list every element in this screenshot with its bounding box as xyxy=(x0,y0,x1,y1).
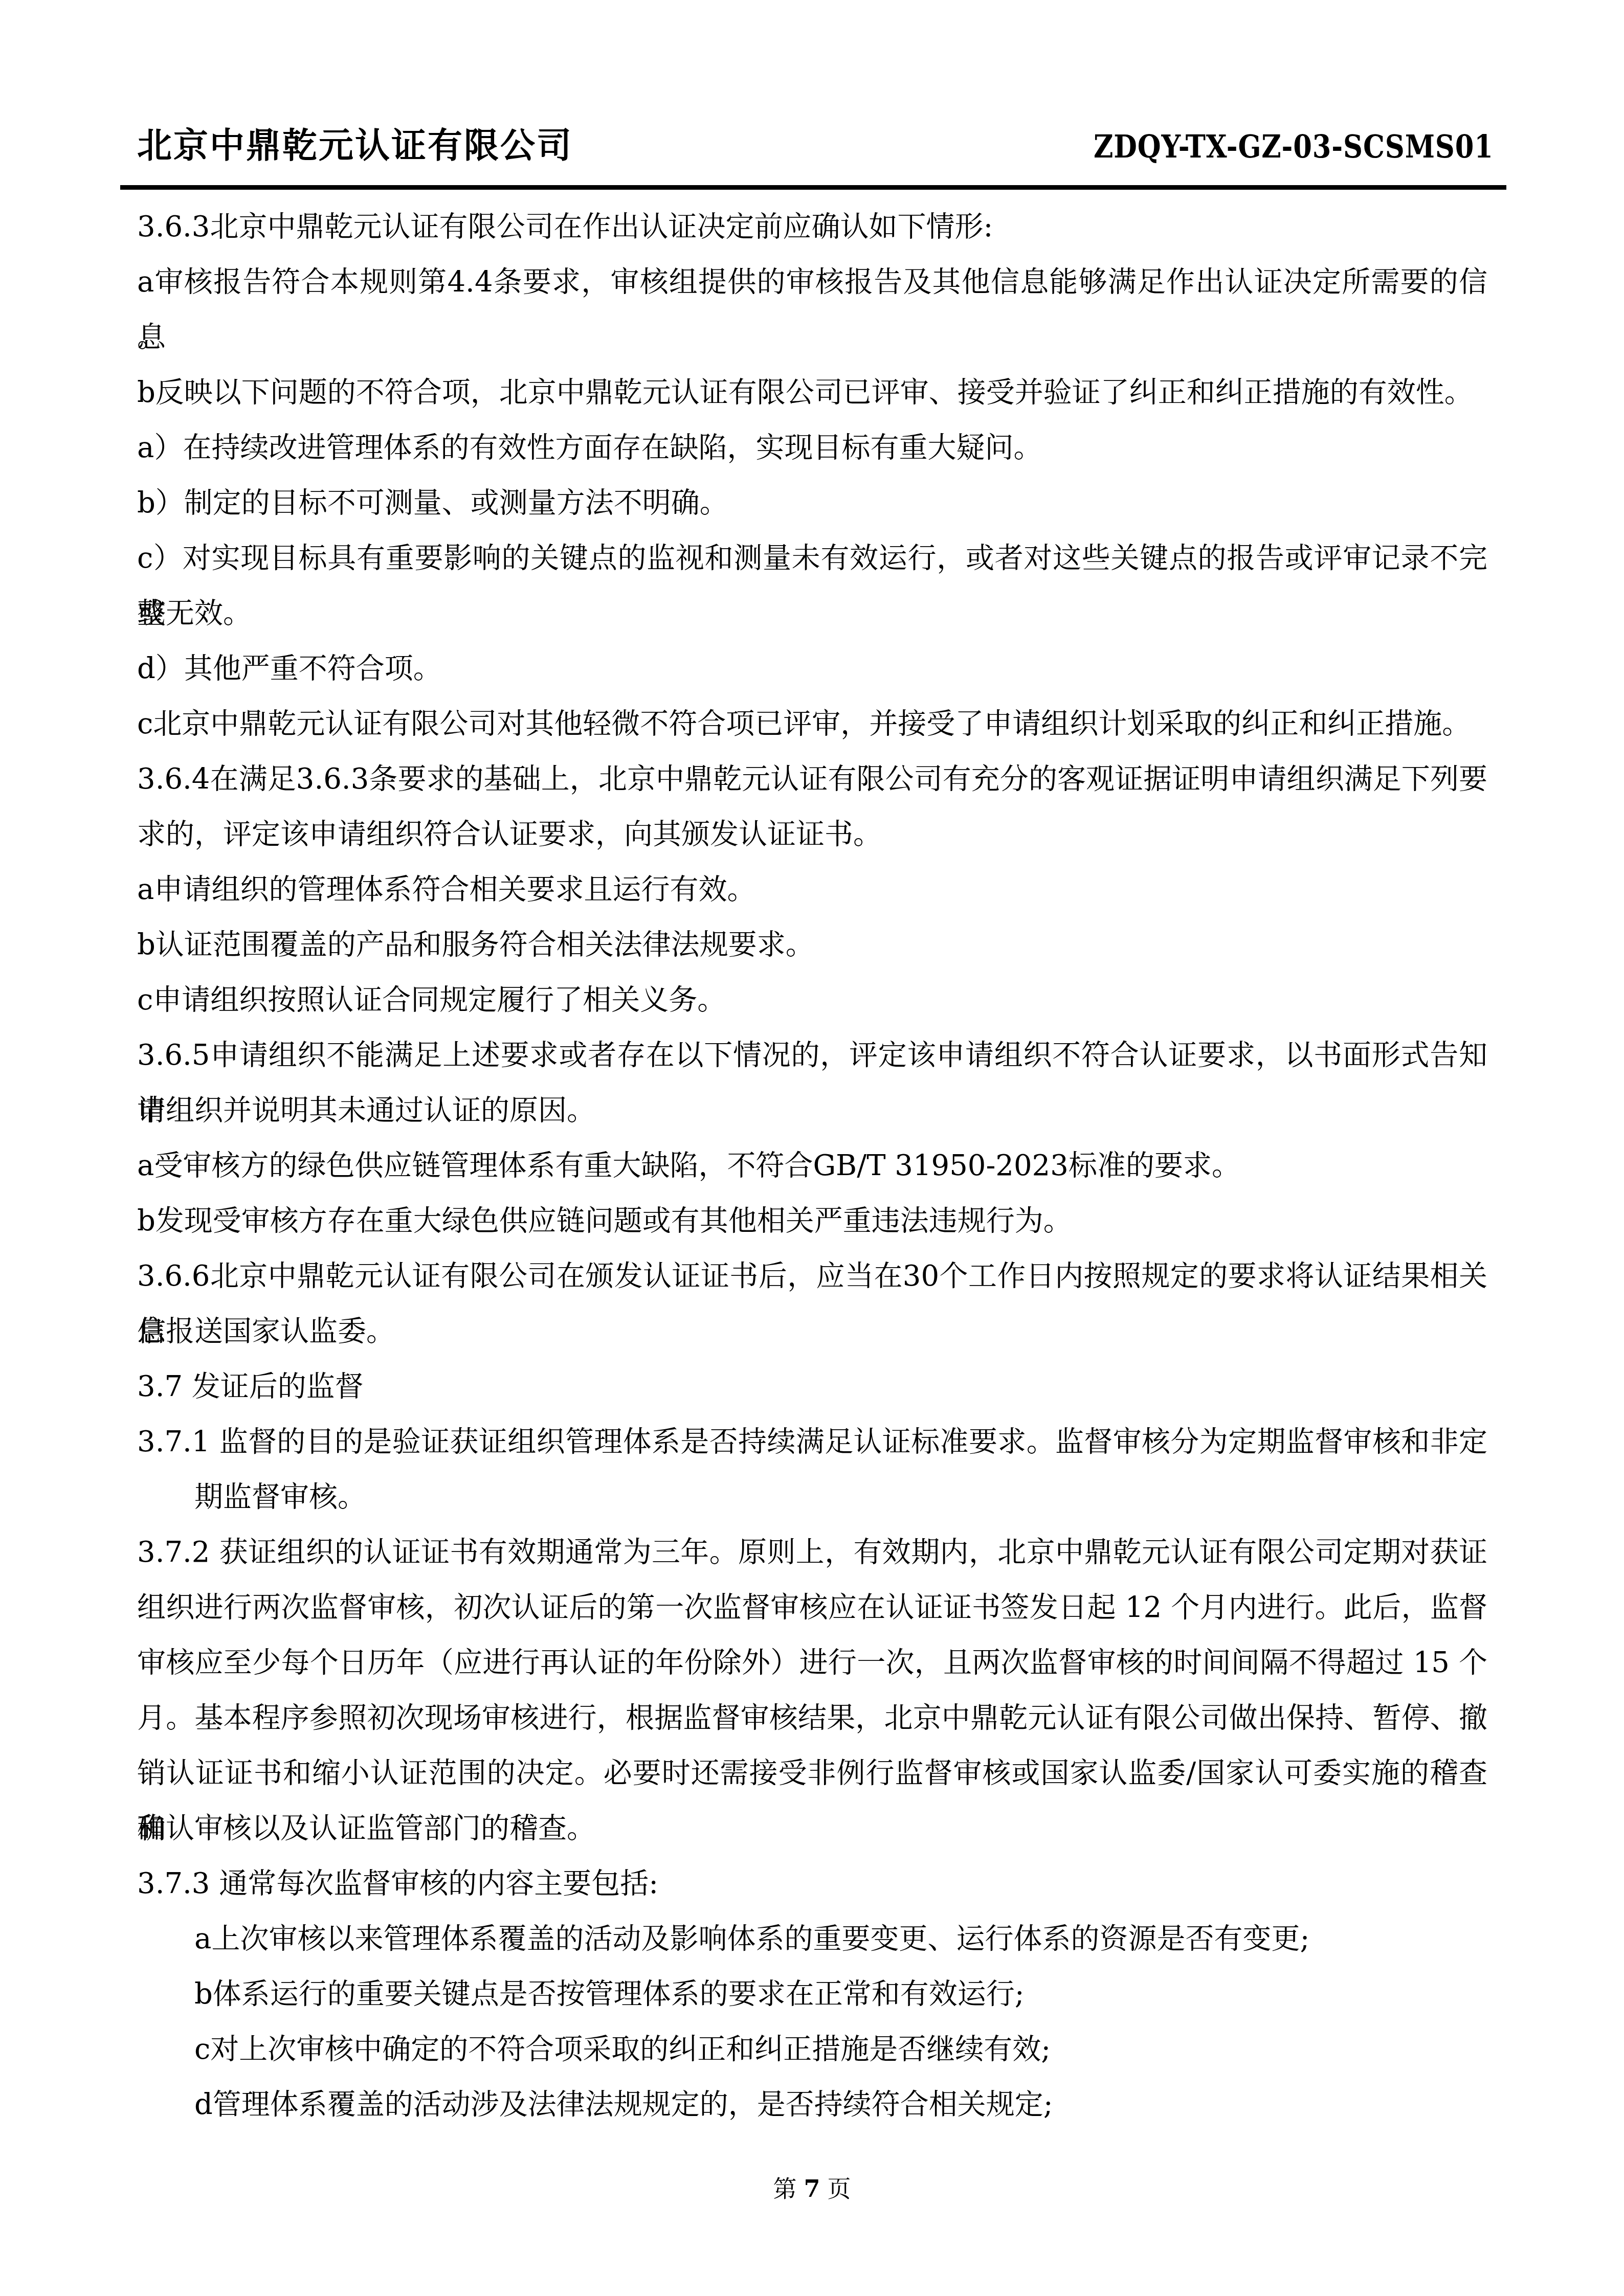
document-line: c对上次审核中确定的不符合项采取的纠正和纠正措施是否继续有效; xyxy=(137,2022,1487,2077)
document-line: b反映以下问题的不符合项，北京中鼎乾元认证有限公司已评审、接受并验证了纠正和纠正… xyxy=(137,365,1487,420)
header-divider xyxy=(120,185,1506,190)
document-line: a申请组织的管理体系符合相关要求且运行有效。 xyxy=(137,862,1487,917)
document-line: 3.6.5申请组织不能满足上述要求或者存在以下情况的，评定该申请组织不符合认证要… xyxy=(137,1028,1487,1083)
document-line: a受审核方的绿色供应链管理体系有重大缺陷，不符合GB/T 31950-2023标… xyxy=(137,1138,1487,1194)
document-line: 3.6.3北京中鼎乾元认证有限公司在作出认证决定前应确认如下情形: xyxy=(137,199,1487,255)
document-line: 。 xyxy=(137,310,1487,365)
document-line: 3.6.4在满足3.6.3条要求的基础上，北京中鼎乾元认证有限公司有充分的客观证… xyxy=(137,752,1487,807)
document-line: b体系运行的重要关键点是否按管理体系的要求在正常和有效运行; xyxy=(137,1967,1487,2022)
document-line: 3.7.2 获证组织的认证证书有效期通常为三年。原则上，有效期内，北京中鼎乾元认… xyxy=(137,1525,1487,1580)
page-footer: 第7页 xyxy=(0,2175,1624,2203)
doc-code: ZDQY-TX-GZ-03-SCSMS01 xyxy=(1094,129,1494,164)
document-line: 组织进行两次监督审核，初次认证后的第一次监督审核应在认证证书签发日起 12 个月… xyxy=(137,1580,1487,1635)
document-line: 销认证证书和缩小认证范围的决定。必要时还需接受非例行监督审核或国家认监委/国家认… xyxy=(137,1746,1487,1801)
document-line: c申请组织按照认证合同规定履行了相关义务。 xyxy=(137,973,1487,1028)
document-line: 月。基本程序参照初次现场审核进行，根据监督审核结果，北京中鼎乾元认证有限公司做出… xyxy=(137,1691,1487,1746)
document-line: b认证范围覆盖的产品和服务符合相关法律法规要求。 xyxy=(137,917,1487,973)
page-number-label: 第7页 xyxy=(773,2175,851,2202)
document-body: 3.6.3北京中鼎乾元认证有限公司在作出认证决定前应确认如下情形:a审核报告符合… xyxy=(137,199,1487,2132)
document-line: 确认审核以及认证监管部门的稽查。 xyxy=(137,1801,1487,1856)
document-line: a上次审核以来管理体系覆盖的活动及影响体系的重要变更、运行体系的资源是否有变更; xyxy=(137,1911,1487,1967)
page-number-suffix: 页 xyxy=(828,2175,851,2202)
page: 北京中鼎乾元认证有限公司 ZDQY-TX-GZ-03-SCSMS01 3.6.3… xyxy=(0,0,1624,2296)
document-line: 或无效。 xyxy=(137,586,1487,641)
document-line: 审核应至少每个日历年（应进行再认证的年份除外）进行一次，且两次监督审核的时间间隔… xyxy=(137,1635,1487,1691)
document-page: { "header": { "company_name": "北京中鼎乾元认证有… xyxy=(0,0,1624,2296)
document-line: c）对实现目标具有重要影响的关键点的监视和测量未有效运行，或者对这些关键点的报告… xyxy=(137,531,1487,586)
company-name: 北京中鼎乾元认证有限公司 xyxy=(137,127,573,165)
document-line: a审核报告符合本规则第4.4条要求，审核组提供的审核报告及其他信息能够满足作出认… xyxy=(137,255,1487,310)
document-line: b）制定的目标不可测量、或测量方法不明确。 xyxy=(137,476,1487,531)
document-line: 期监督审核。 xyxy=(137,1470,1487,1525)
document-line: c北京中鼎乾元认证有限公司对其他轻微不符合项已评审，并接受了申请组织计划采取的纠… xyxy=(137,696,1487,752)
document-line: 3.7.1 监督的目的是验证获证组织管理体系是否持续满足认证标准要求。监督审核分… xyxy=(137,1414,1487,1470)
document-line: 3.7 发证后的监督 xyxy=(137,1359,1487,1414)
page-header: 北京中鼎乾元认证有限公司 ZDQY-TX-GZ-03-SCSMS01 xyxy=(137,127,1494,165)
document-line: 求的，评定该申请组织符合认证要求，向其颁发认证证书。 xyxy=(137,807,1487,862)
page-number-prefix: 第 xyxy=(773,2175,796,2202)
document-line: b发现受审核方存在重大绿色供应链问题或有其他相关严重违法违规行为。 xyxy=(137,1194,1487,1249)
document-line: 3.7.3 通常每次监督审核的内容主要包括: xyxy=(137,1856,1487,1911)
document-line: 息报送国家认监委。 xyxy=(137,1304,1487,1359)
document-line: d）其他严重不符合项。 xyxy=(137,641,1487,696)
document-line: d管理体系覆盖的活动涉及法律法规规定的，是否持续符合相关规定; xyxy=(137,2077,1487,2132)
document-line: 请组织并说明其未通过认证的原因。 xyxy=(137,1083,1487,1138)
document-line: 3.6.6北京中鼎乾元认证有限公司在颁发认证证书后，应当在30个工作日内按照规定… xyxy=(137,1249,1487,1304)
page-number: 7 xyxy=(804,2175,820,2202)
document-line: a）在持续改进管理体系的有效性方面存在缺陷，实现目标有重大疑问。 xyxy=(137,420,1487,476)
